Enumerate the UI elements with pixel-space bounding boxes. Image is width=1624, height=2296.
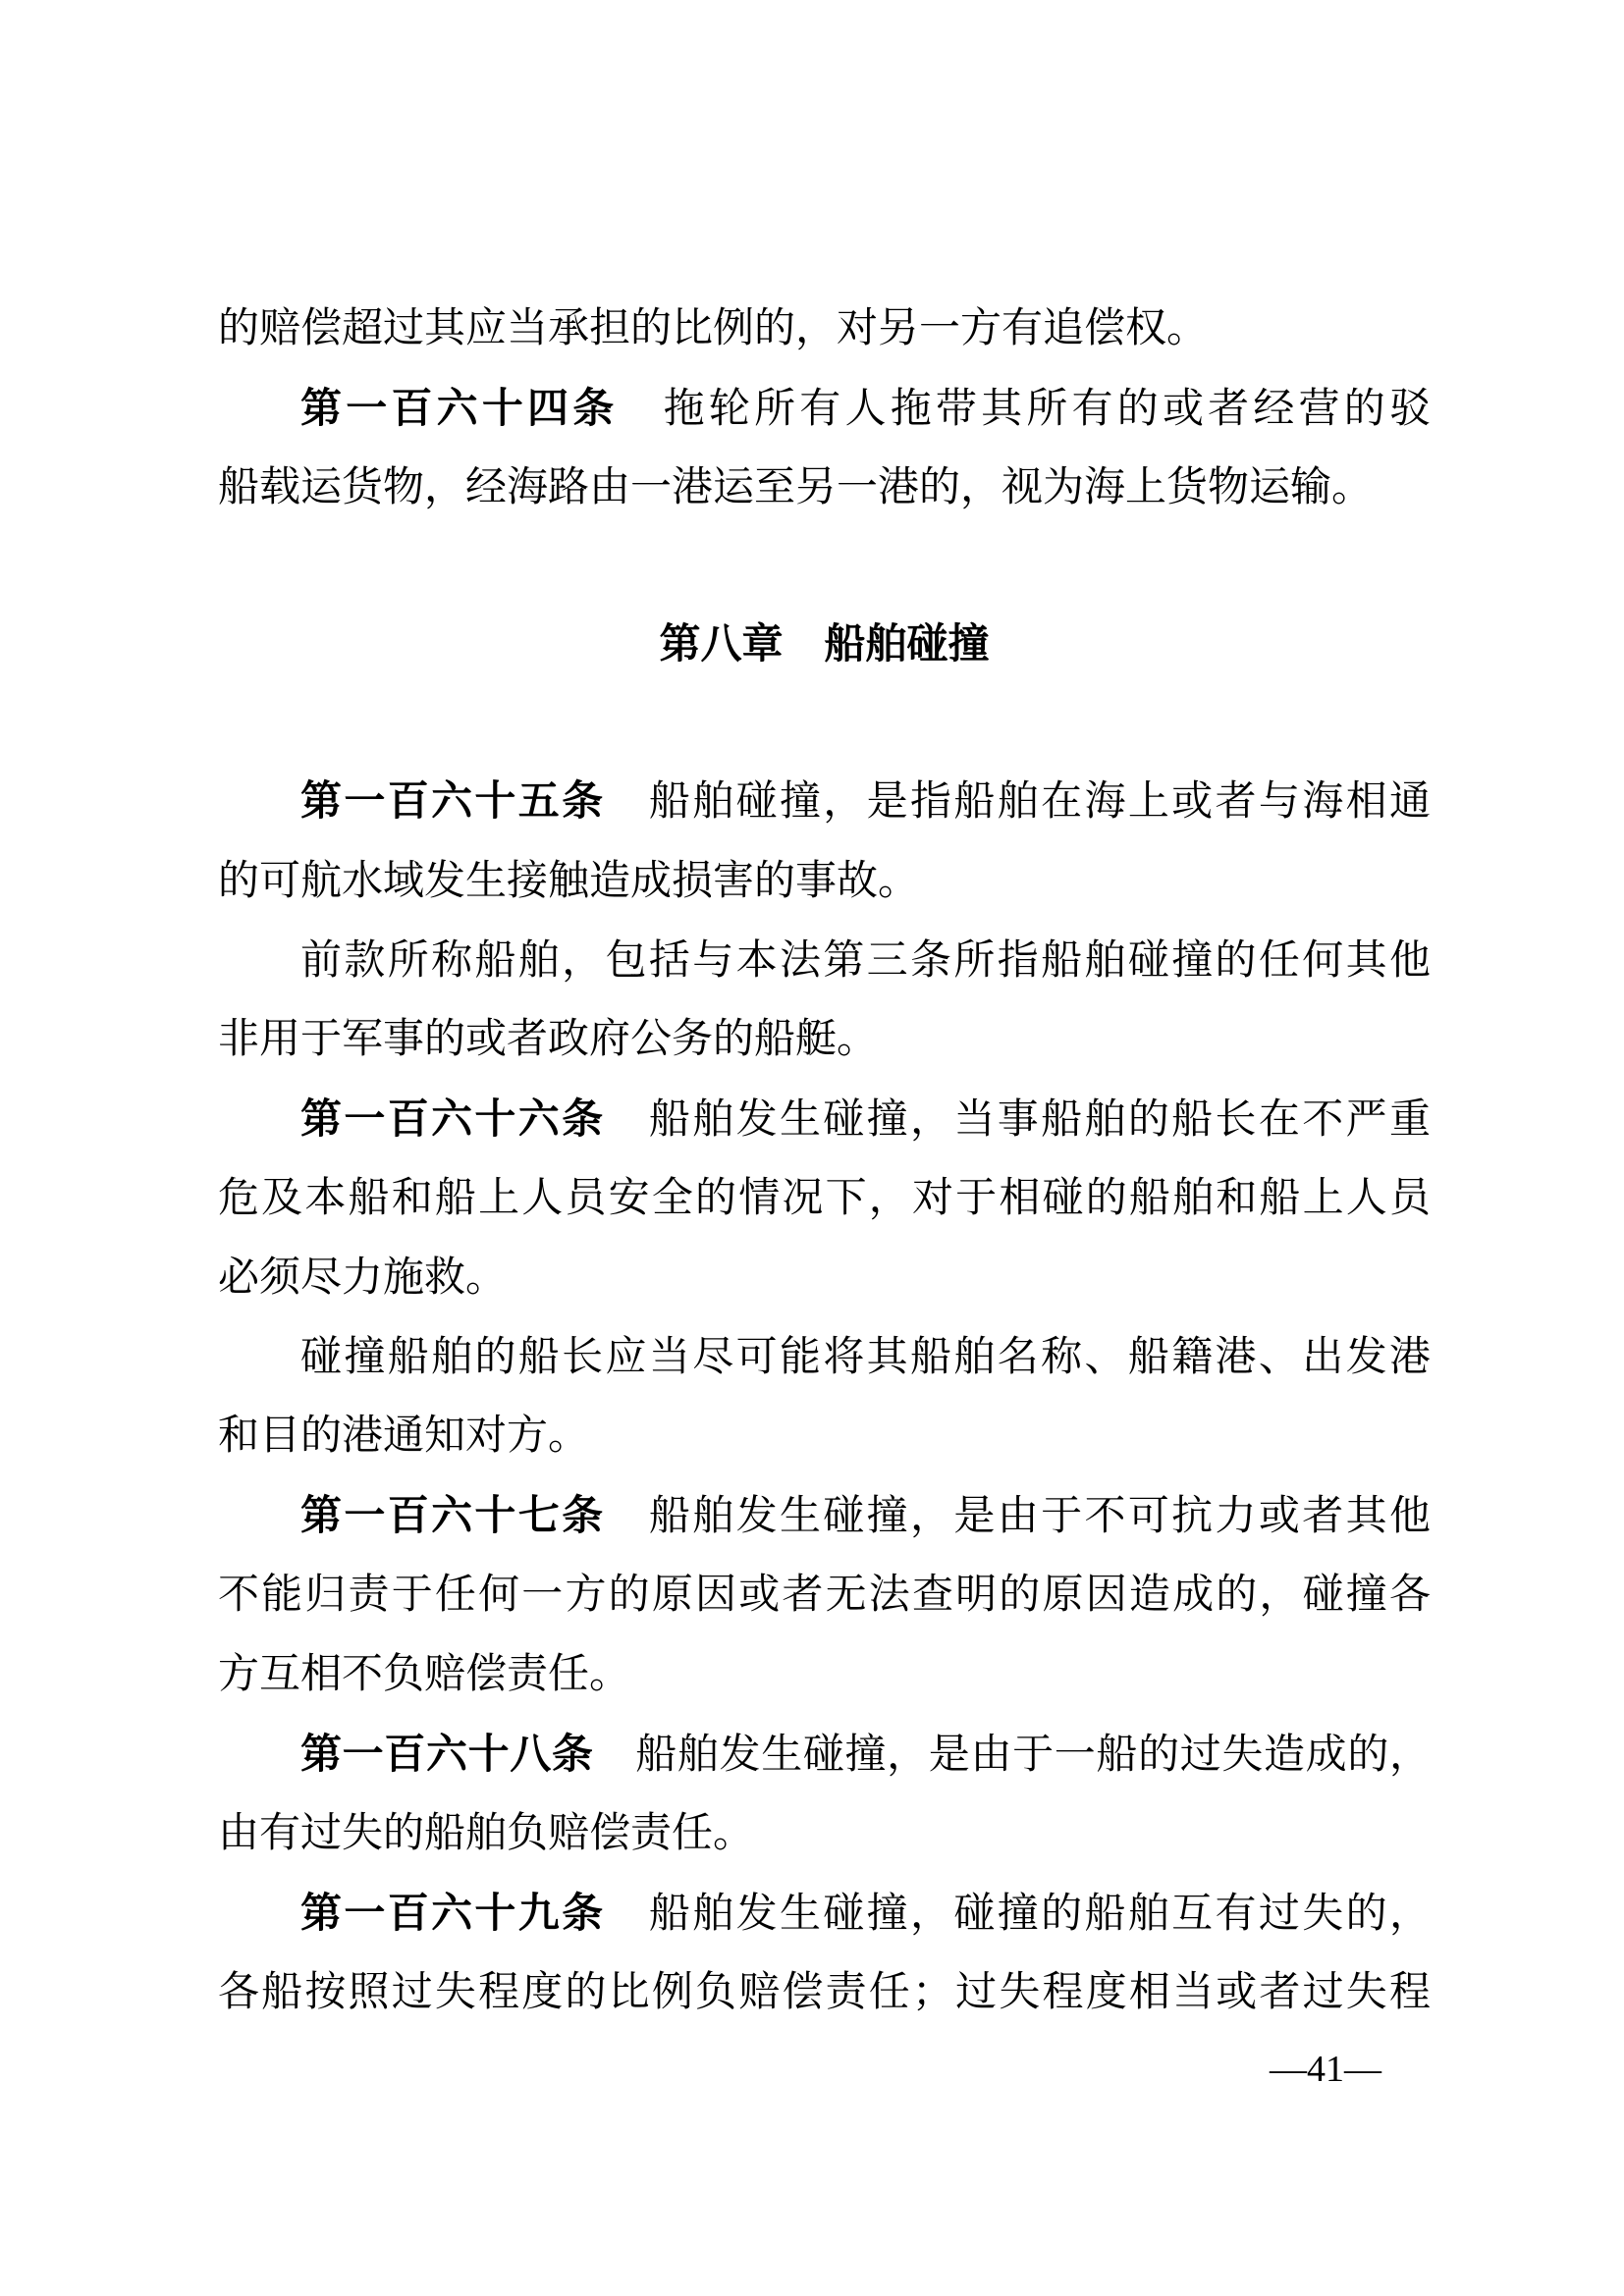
article-number-label: 第一百六十八条 — [300, 1731, 594, 1777]
text-line: 不能归责于任何一方的原因或者无法查明的原因造成的，碰撞各 — [218, 1556, 1431, 1635]
text-line: 船载运货物，经海路由一港运至另一港的，视为海上货物运输。 — [218, 449, 1431, 528]
line-text: 船舶发生碰撞，碰撞的船舶互有过失的， — [606, 1892, 1431, 1937]
line-text: 拖轮所有人拖带其所有的或者经营的驳 — [618, 387, 1431, 432]
text-line: 和目的港通知对方。 — [218, 1397, 1431, 1476]
line-text: 船舶发生碰撞，是由于一船的过失造成的， — [594, 1733, 1431, 1778]
line-text: 不能归责于任何一方的原因或者无法查明的原因造成的，碰撞各 — [218, 1573, 1431, 1618]
text-line: 碰撞船舶的船长应当尽可能将其船舶名称、船籍港、出发港 — [218, 1318, 1431, 1398]
text-line: 危及本船和船上人员安全的情况下，对于相碰的船舶和船上人员 — [218, 1159, 1431, 1239]
text-line: 第一百六十七条 船舶发生碰撞，是由于不可抗力或者其他 — [218, 1476, 1431, 1557]
line-text: 前款所称船舶，包括与本法第三条所指船舶碰撞的任何其他 — [300, 938, 1431, 984]
text-line: 必须尽力施救。 — [218, 1239, 1431, 1318]
article-number-label: 第一百六十七条 — [300, 1492, 606, 1538]
text-line: 前款所称船舶，包括与本法第三条所指船舶碰撞的任何其他 — [218, 922, 1431, 1001]
text-line: 各船按照过失程度的比例负赔偿责任；过失程度相当或者过失程 — [218, 1953, 1431, 2033]
text-line: 方互相不负赔偿责任。 — [218, 1635, 1431, 1715]
line-text: 船舶碰撞，是指船舶在海上或者与海相通 — [606, 779, 1431, 825]
line-text: 碰撞船舶的船长应当尽可能将其船舶名称、船籍港、出发港 — [300, 1335, 1431, 1380]
page-number: —41— — [1270, 2051, 1381, 2088]
line-text: 必须尽力施救。 — [218, 1255, 507, 1301]
line-text: 各船按照过失程度的比例负赔偿责任；过失程度相当或者过失程 — [218, 1970, 1431, 2015]
article-number-label: 第一百六十五条 — [300, 777, 606, 824]
text-line: 第一百六十六条 船舶发生碰撞，当事船舶的船长在不严重 — [218, 1080, 1431, 1160]
line-text: 船载运货物，经海路由一港运至另一港的，视为海上货物运输。 — [218, 465, 1373, 510]
line-text: 的赔偿超过其应当承担的比例的，对另一方有追偿权。 — [218, 306, 1208, 351]
article-number-label: 第一百六十四条 — [300, 385, 618, 431]
line-text: 方互相不负赔偿责任。 — [218, 1652, 630, 1697]
text-line: 第一百六十五条 船舶碰撞，是指船舶在海上或者与海相通 — [218, 762, 1431, 842]
text-line: 第一百六十四条 拖轮所有人拖带其所有的或者经营的驳 — [218, 369, 1431, 450]
text-line: 的赔偿超过其应当承担的比例的，对另一方有追偿权。 — [218, 290, 1431, 369]
text-line: 由有过失的船舶负赔偿责任。 — [218, 1794, 1431, 1874]
text-line: 第一百六十九条 船舶发生碰撞，碰撞的船舶互有过失的， — [218, 1874, 1431, 1954]
article-number-label: 第一百六十九条 — [300, 1890, 606, 1936]
line-text: 危及本船和船上人员安全的情况下，对于相碰的船舶和船上人员 — [218, 1176, 1431, 1221]
line-text: 的可航水域发生接触造成损害的事故。 — [218, 859, 919, 904]
text-line: 非用于军事的或者政府公务的船艇。 — [218, 1000, 1431, 1080]
text-line: 第一百六十八条 船舶发生碰撞，是由于一船的过失造成的， — [218, 1715, 1431, 1795]
line-text: 船舶发生碰撞，是由于不可抗力或者其他 — [606, 1494, 1431, 1539]
line-text: 和目的港通知对方。 — [218, 1414, 589, 1459]
line-text: 非用于军事的或者政府公务的船艇。 — [218, 1017, 878, 1062]
document-page: 的赔偿超过其应当承担的比例的，对另一方有追偿权。第一百六十四条 拖轮所有人拖带其… — [0, 0, 1624, 2296]
line-text: 由有过失的船舶负赔偿责任。 — [218, 1811, 754, 1856]
article-number-label: 第一百六十六条 — [300, 1095, 606, 1142]
chapter-heading: 第八章 船舶碰撞 — [218, 605, 1431, 684]
text-line: 的可航水域发生接触造成损害的事故。 — [218, 842, 1431, 922]
document-text-block: 的赔偿超过其应当承担的比例的，对另一方有追偿权。第一百六十四条 拖轮所有人拖带其… — [218, 290, 1431, 2033]
line-text: 船舶发生碰撞，当事船舶的船长在不严重 — [606, 1097, 1431, 1143]
